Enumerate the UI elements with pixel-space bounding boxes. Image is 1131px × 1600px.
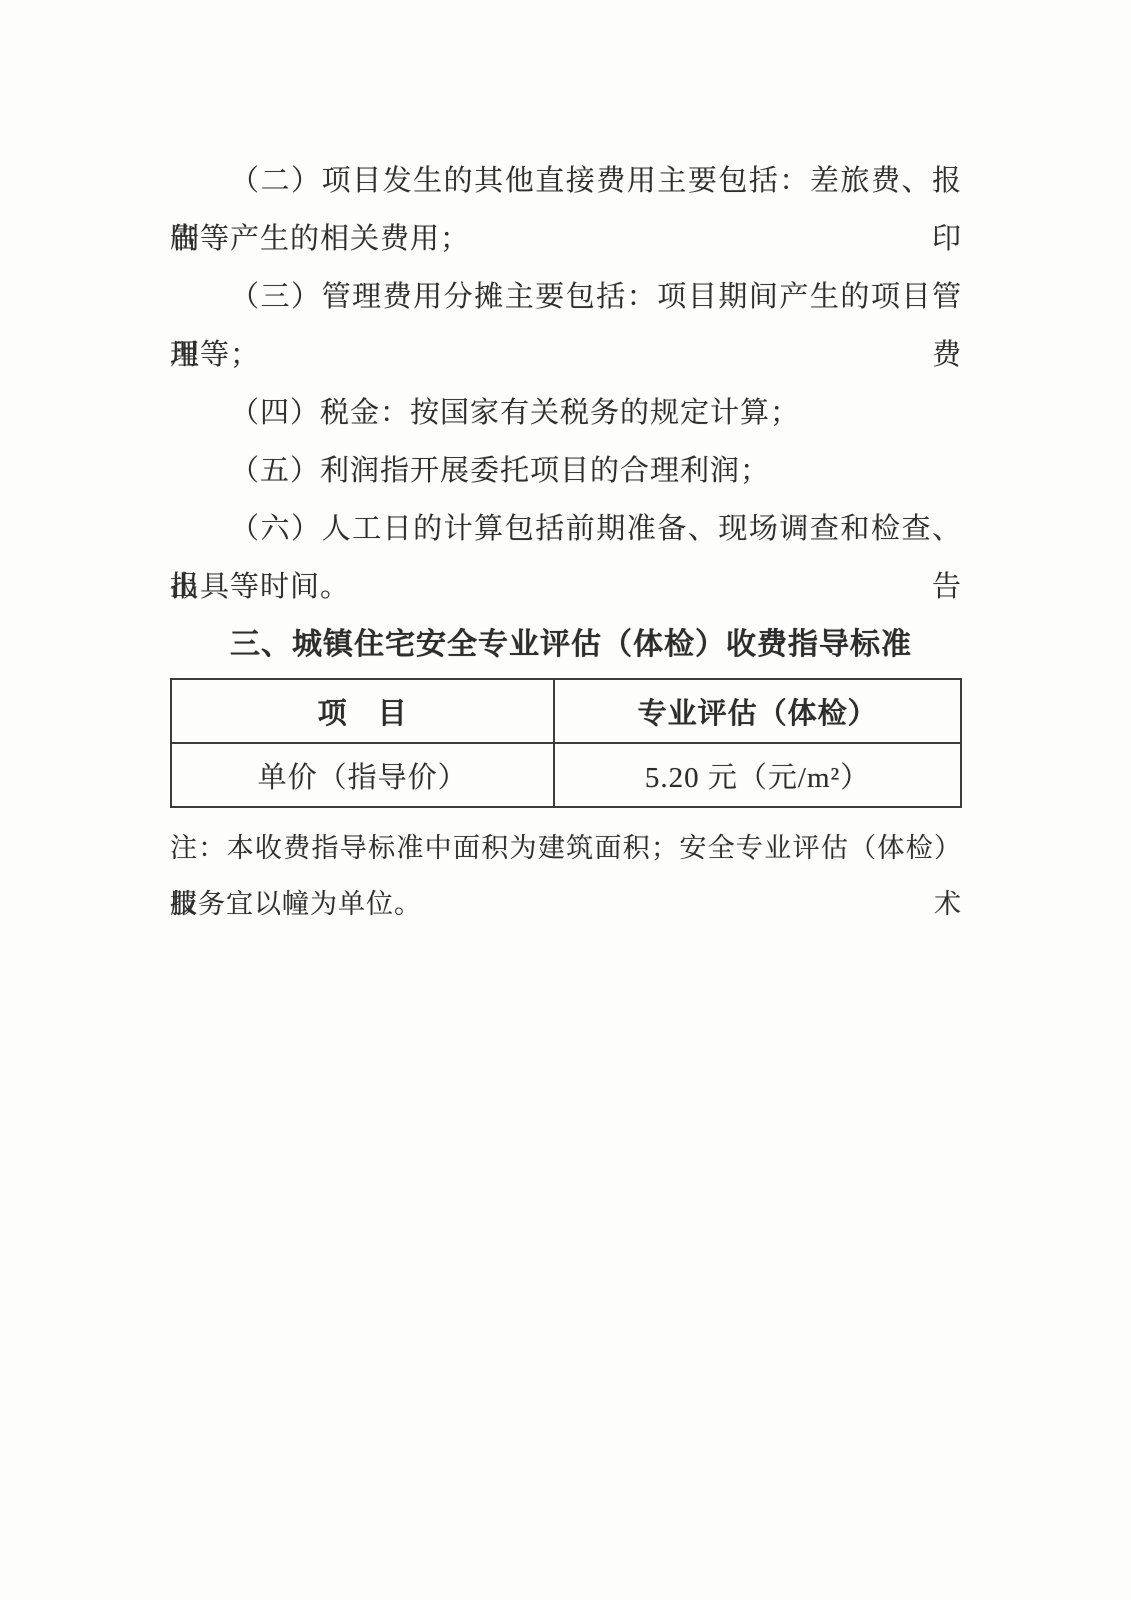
paragraph-2: （二）项目发生的其他直接费用主要包括：差旅费、报告印 刷等产生的相关费用；	[170, 152, 962, 268]
document-content: （二）项目发生的其他直接费用主要包括：差旅费、报告印 刷等产生的相关费用； （三…	[170, 152, 962, 932]
note-line-1: 注：本收费指导标准中面积为建筑面积；安全专业评估（体检）技术	[170, 820, 962, 876]
section-heading: 三、城镇住宅安全专业评估（体检）收费指导标准	[170, 616, 962, 674]
paragraph-3-line-1: （三）管理费用分摊主要包括：项目期间产生的项目管理费	[170, 268, 962, 326]
table-row: 单价（指导价） 5.20 元（元/m²）	[171, 743, 961, 807]
paragraph-3: （三）管理费用分摊主要包括：项目期间产生的项目管理费 用等；	[170, 268, 962, 384]
paragraph-6-line-1: （六）人工日的计算包括前期准备、现场调查和检查、报告	[170, 500, 962, 558]
table-header-item: 项 目	[171, 679, 554, 743]
scanned-document-page: （二）项目发生的其他直接费用主要包括：差旅费、报告印 刷等产生的相关费用； （三…	[0, 0, 1131, 1600]
table-header-assessment: 专业评估（体检）	[554, 679, 961, 743]
fee-guidance-table: 项 目 专业评估（体检） 单价（指导价） 5.20 元（元/m²）	[170, 678, 962, 808]
paragraph-5: （五）利润指开展委托项目的合理利润；	[170, 442, 962, 500]
table-header-row: 项 目 专业评估（体检）	[171, 679, 961, 743]
note-block: 注：本收费指导标准中面积为建筑面积；安全专业评估（体检）技术 服务宜以幢为单位。	[170, 820, 962, 932]
paragraph-4: （四）税金：按国家有关税务的规定计算；	[170, 384, 962, 442]
paragraph-6: （六）人工日的计算包括前期准备、现场调查和检查、报告 出具等时间。	[170, 500, 962, 616]
paragraph-2-line-1: （二）项目发生的其他直接费用主要包括：差旅费、报告印	[170, 152, 962, 210]
table-cell-unit-price-value: 5.20 元（元/m²）	[554, 743, 961, 807]
paragraph-5-line-1: （五）利润指开展委托项目的合理利润；	[170, 442, 962, 500]
table-cell-unit-price-label: 单价（指导价）	[171, 743, 554, 807]
paragraph-4-line-1: （四）税金：按国家有关税务的规定计算；	[170, 384, 962, 442]
